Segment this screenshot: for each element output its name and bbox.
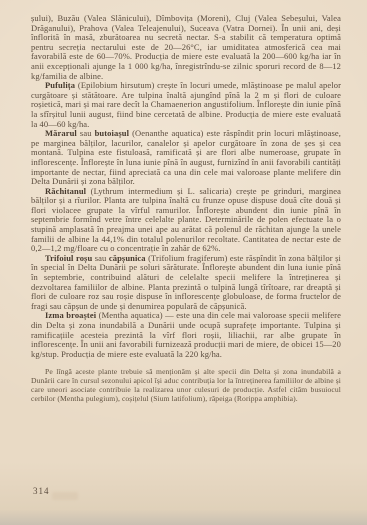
plant-name-bold: Trifoiul roșu: [45, 253, 92, 263]
body-text: (Lythrum intermedium și L. salicaria) cr…: [31, 186, 341, 254]
page-number: 314: [33, 486, 50, 496]
body-text: sau: [92, 253, 109, 263]
body-text: sau: [77, 128, 95, 138]
plant-name-bold: Răchitanul: [45, 186, 86, 196]
paragraph-zburatoarea-continuation: șului), Buzău (Valea Slănicului), Dîmbov…: [31, 14, 341, 81]
plant-name-bold: Izma broaștei: [45, 310, 96, 320]
paragraph-rachitanul: Răchitanul (Lythrum intermedium și L. sa…: [31, 187, 341, 254]
body-text: (Oenanthe aquatica) este răspîndit prin …: [31, 128, 341, 186]
ink-bleed-through-mark: [52, 492, 78, 500]
page-text: șului), Buzău (Valea Slănicului), Dîmbov…: [31, 14, 341, 403]
paragraph-trifoiul-rosu-capsunica: Trifoiul roșu sau căpșunica (Trifolium f…: [31, 254, 341, 312]
plant-name-bold: Mărarul: [45, 128, 77, 138]
body-text: (Epilobium hirsutum) crește în locuri um…: [31, 80, 341, 128]
book-page: șului), Buzău (Valea Slănicului), Dîmbov…: [0, 0, 367, 525]
body-text: (Trifolium fragiferum) este răspîndit în…: [31, 253, 341, 311]
paragraph-mararul-butoiasul: Mărarul sau butoiașul (Oenanthe aquatica…: [31, 129, 341, 187]
plant-name-bold: căpșunica: [109, 253, 146, 263]
paragraph-pufulita: Pufulița (Epilobium hirsutum) crește în …: [31, 81, 341, 129]
body-text: șului), Buzău (Valea Slănicului), Dîmbov…: [31, 13, 341, 81]
paragraph-izma-broastei: Izma broaștei (Mentha aquatica) — este u…: [31, 311, 341, 359]
paragraph-note-other-species: Pe lîngă aceste plante trebuie să mențio…: [31, 367, 341, 403]
body-text: Pe lîngă aceste plante trebuie să mențio…: [31, 367, 341, 403]
plant-name-bold: Pufulița: [45, 80, 75, 90]
plant-name-bold: butoiașul: [95, 128, 129, 138]
